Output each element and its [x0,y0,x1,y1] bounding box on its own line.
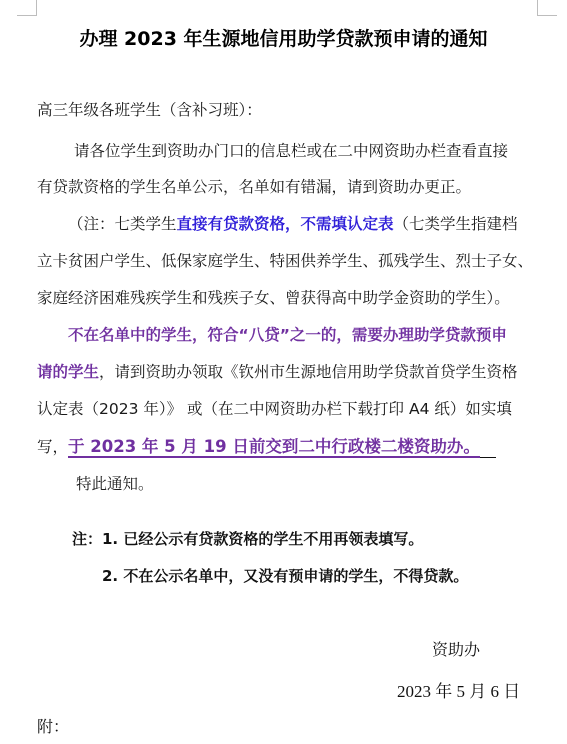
document-title: 办理 2023 年生源地信用助学贷款预申请的通知 [0,24,567,51]
paragraph-2-line-2: 立卡贫困户学生、低保家庭学生、特困供养学生、孤残学生、烈士子女、 [37,251,533,271]
paragraph-2-line-3: 家庭经济困难残疾学生和残疾子女、曾获得高中助学金资助的学生）。 [37,288,510,308]
paragraph-2-line-1: （注：七类学生直接有贷款资格，不需填认定表（七类学生指建档 [68,214,518,234]
line-prefix: 写， [37,438,68,456]
paragraph-1-line-1: 请各位学生到资助办门口的信息栏或在二中网资助办栏查看直接 [74,141,508,161]
signature-date: 2023 年 5 月 6 日 [397,677,520,702]
closing-text: 特此通知。 [76,474,154,494]
instructions-text: ，请到资助办领取《钦州市生源地信用助学贷款首贷学生资格 [99,363,518,381]
paragraph-3-line-2: 请的学生，请到资助办领取《钦州市生源地信用助学贷款首贷学生资格 [37,362,518,382]
underline-tail [480,440,496,458]
note-suffix: （七类学生指建档 [394,215,518,233]
page-corner-mark-top-right [537,0,557,16]
page-corner-mark-top-left [17,0,37,16]
paragraph-3-line-1: 不在名单中的学生，符合“八贷”之一的，需要办理助学贷款预申 [68,325,507,345]
eligibility-highlight: 直接有贷款资格，不需填认定表 [177,215,394,233]
pre-application-highlight: 不在名单中的学生，符合“八贷”之一的，需要办理助学贷款预申 [68,326,507,344]
note-1: 注：1. 已经公示有贷款资格的学生不用再领表填写。 [72,528,423,549]
pre-application-highlight-cont: 请的学生 [37,363,99,381]
paragraph-1-line-2: 有贷款资格的学生名单公示，名单如有错漏，请到资助办更正。 [37,177,471,197]
note-2: 2. 不在公示名单中，又没有预申请的学生，不得贷款。 [102,565,468,586]
signature-office: 资助办 [432,637,480,660]
salutation: 高三年级各班学生（含补习班）： [37,100,262,120]
deadline-highlight: 于 2023 年 5 月 19 日前交到二中行政楼二楼资助办。 [68,437,480,458]
attachment-label: 附： [37,714,69,737]
paragraph-3-line-3: 认定表（2023 年）》 或（在二中网资助办栏下载打印 A4 纸）如实填 [37,399,512,419]
note-prefix: （注：七类学生 [68,215,177,233]
paragraph-3-line-4: 写，于 2023 年 5 月 19 日前交到二中行政楼二楼资助办。 [37,437,496,458]
